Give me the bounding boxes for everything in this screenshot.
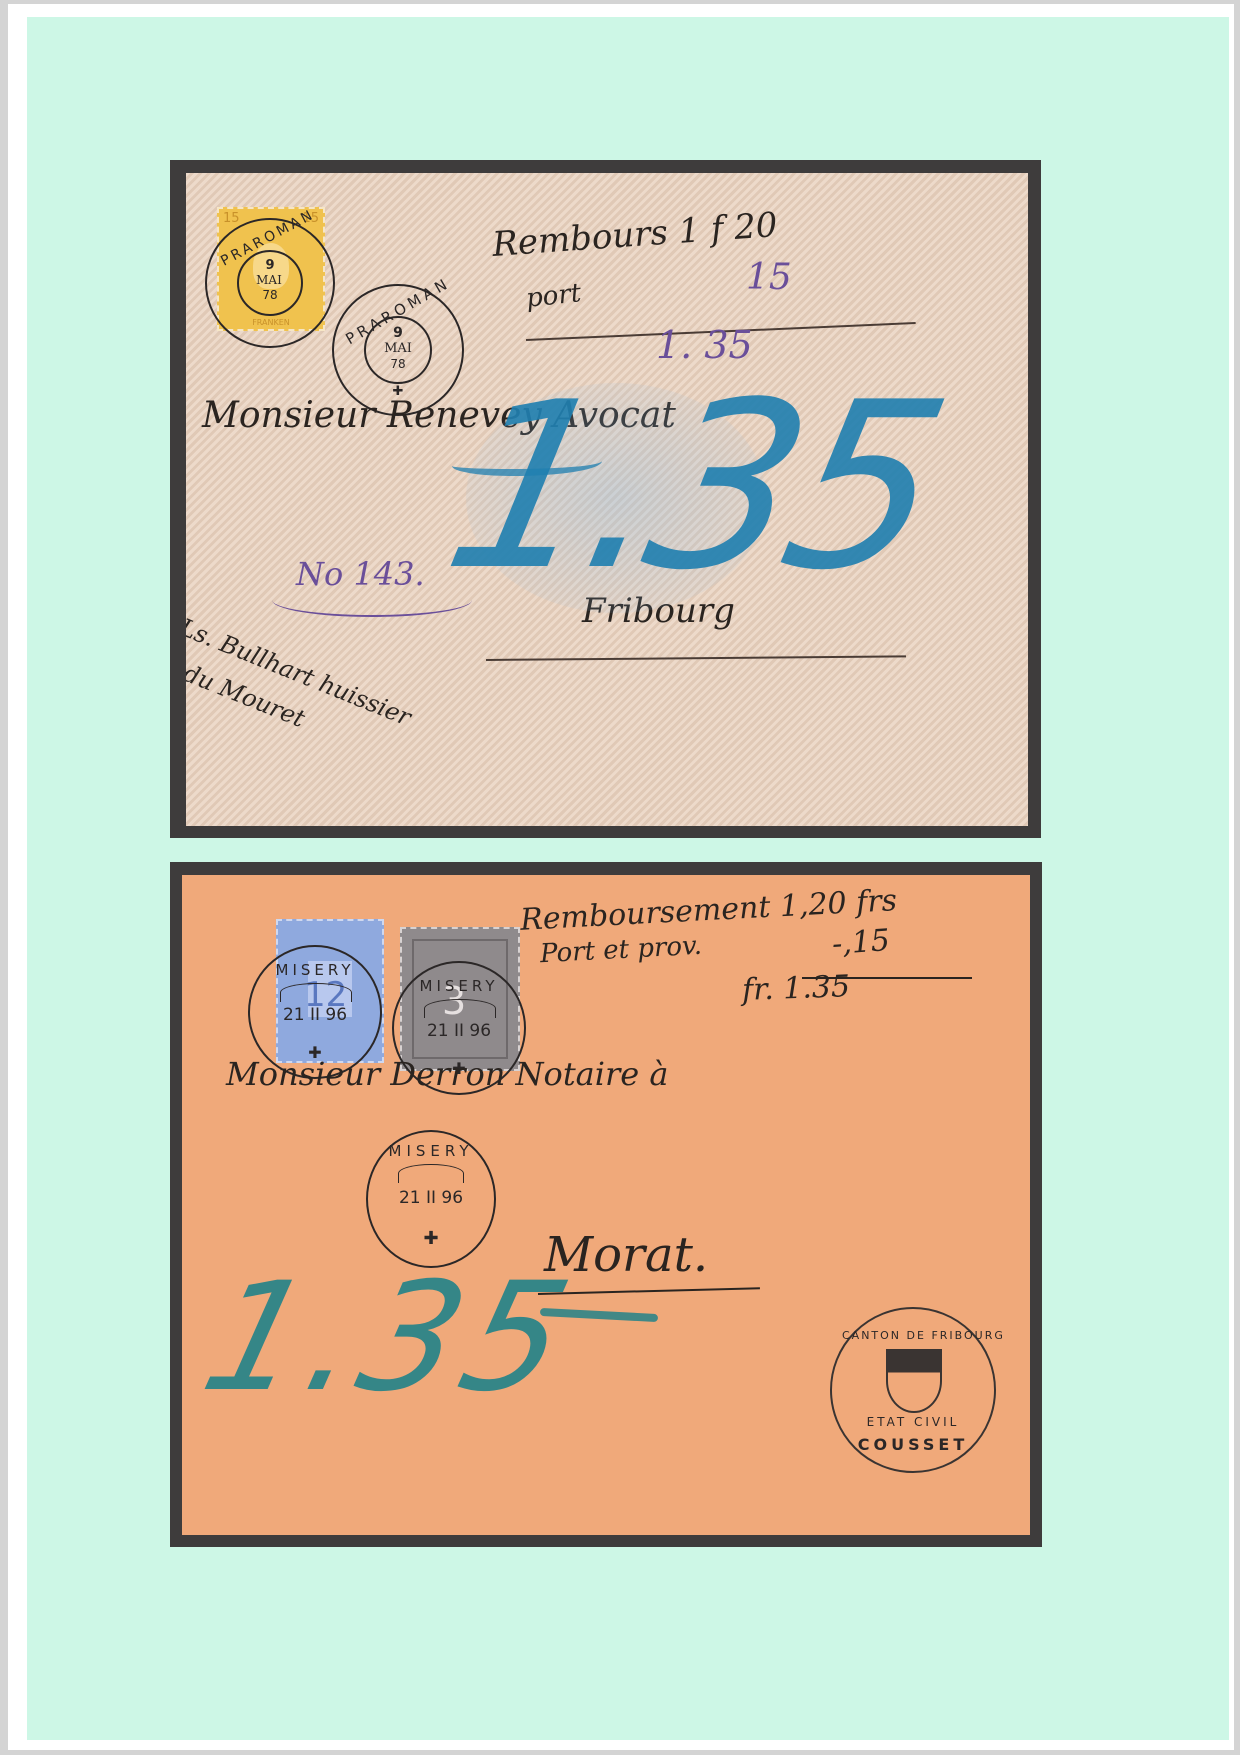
port-label: port (525, 278, 583, 314)
cover-1: 15 15 FRANKEN PRAROMAN 9 MAI 78 PRAROMAN… (186, 173, 1028, 826)
crayon-amount-blue: 1.35 (432, 373, 953, 603)
swiss-cross-icon: ✚ (416, 1228, 446, 1249)
city-underline (486, 655, 906, 660)
rembours-line: Rembours 1 f 20 (491, 205, 779, 265)
port-label: Port et prov. (539, 931, 702, 969)
total-value: fr. 1.35 (741, 969, 850, 1008)
official-seal-etat-civil: CANTON DE FRIBOURG ETAT CIVIL COUSSET (830, 1307, 996, 1473)
cover-2: 12 3 MISERY 21 II 96 ✚ MISERY 21 II 96 ✚… (182, 875, 1030, 1535)
postmark-praroman-on-stamp: PRAROMAN 9 MAI 78 (205, 218, 335, 348)
stamp-value-tl: 15 (223, 211, 240, 226)
port-value: 15 (746, 257, 792, 298)
addressee-line: Monsieur Derron Notaire à (226, 1055, 668, 1093)
postmark-misery-3: MISERY 21 II 96 ✚ (366, 1130, 496, 1268)
fribourg-coat-of-arms-icon (886, 1349, 942, 1413)
crayon-amount-teal: 1.35 (191, 1263, 586, 1413)
port-value: -,15 (831, 923, 891, 962)
